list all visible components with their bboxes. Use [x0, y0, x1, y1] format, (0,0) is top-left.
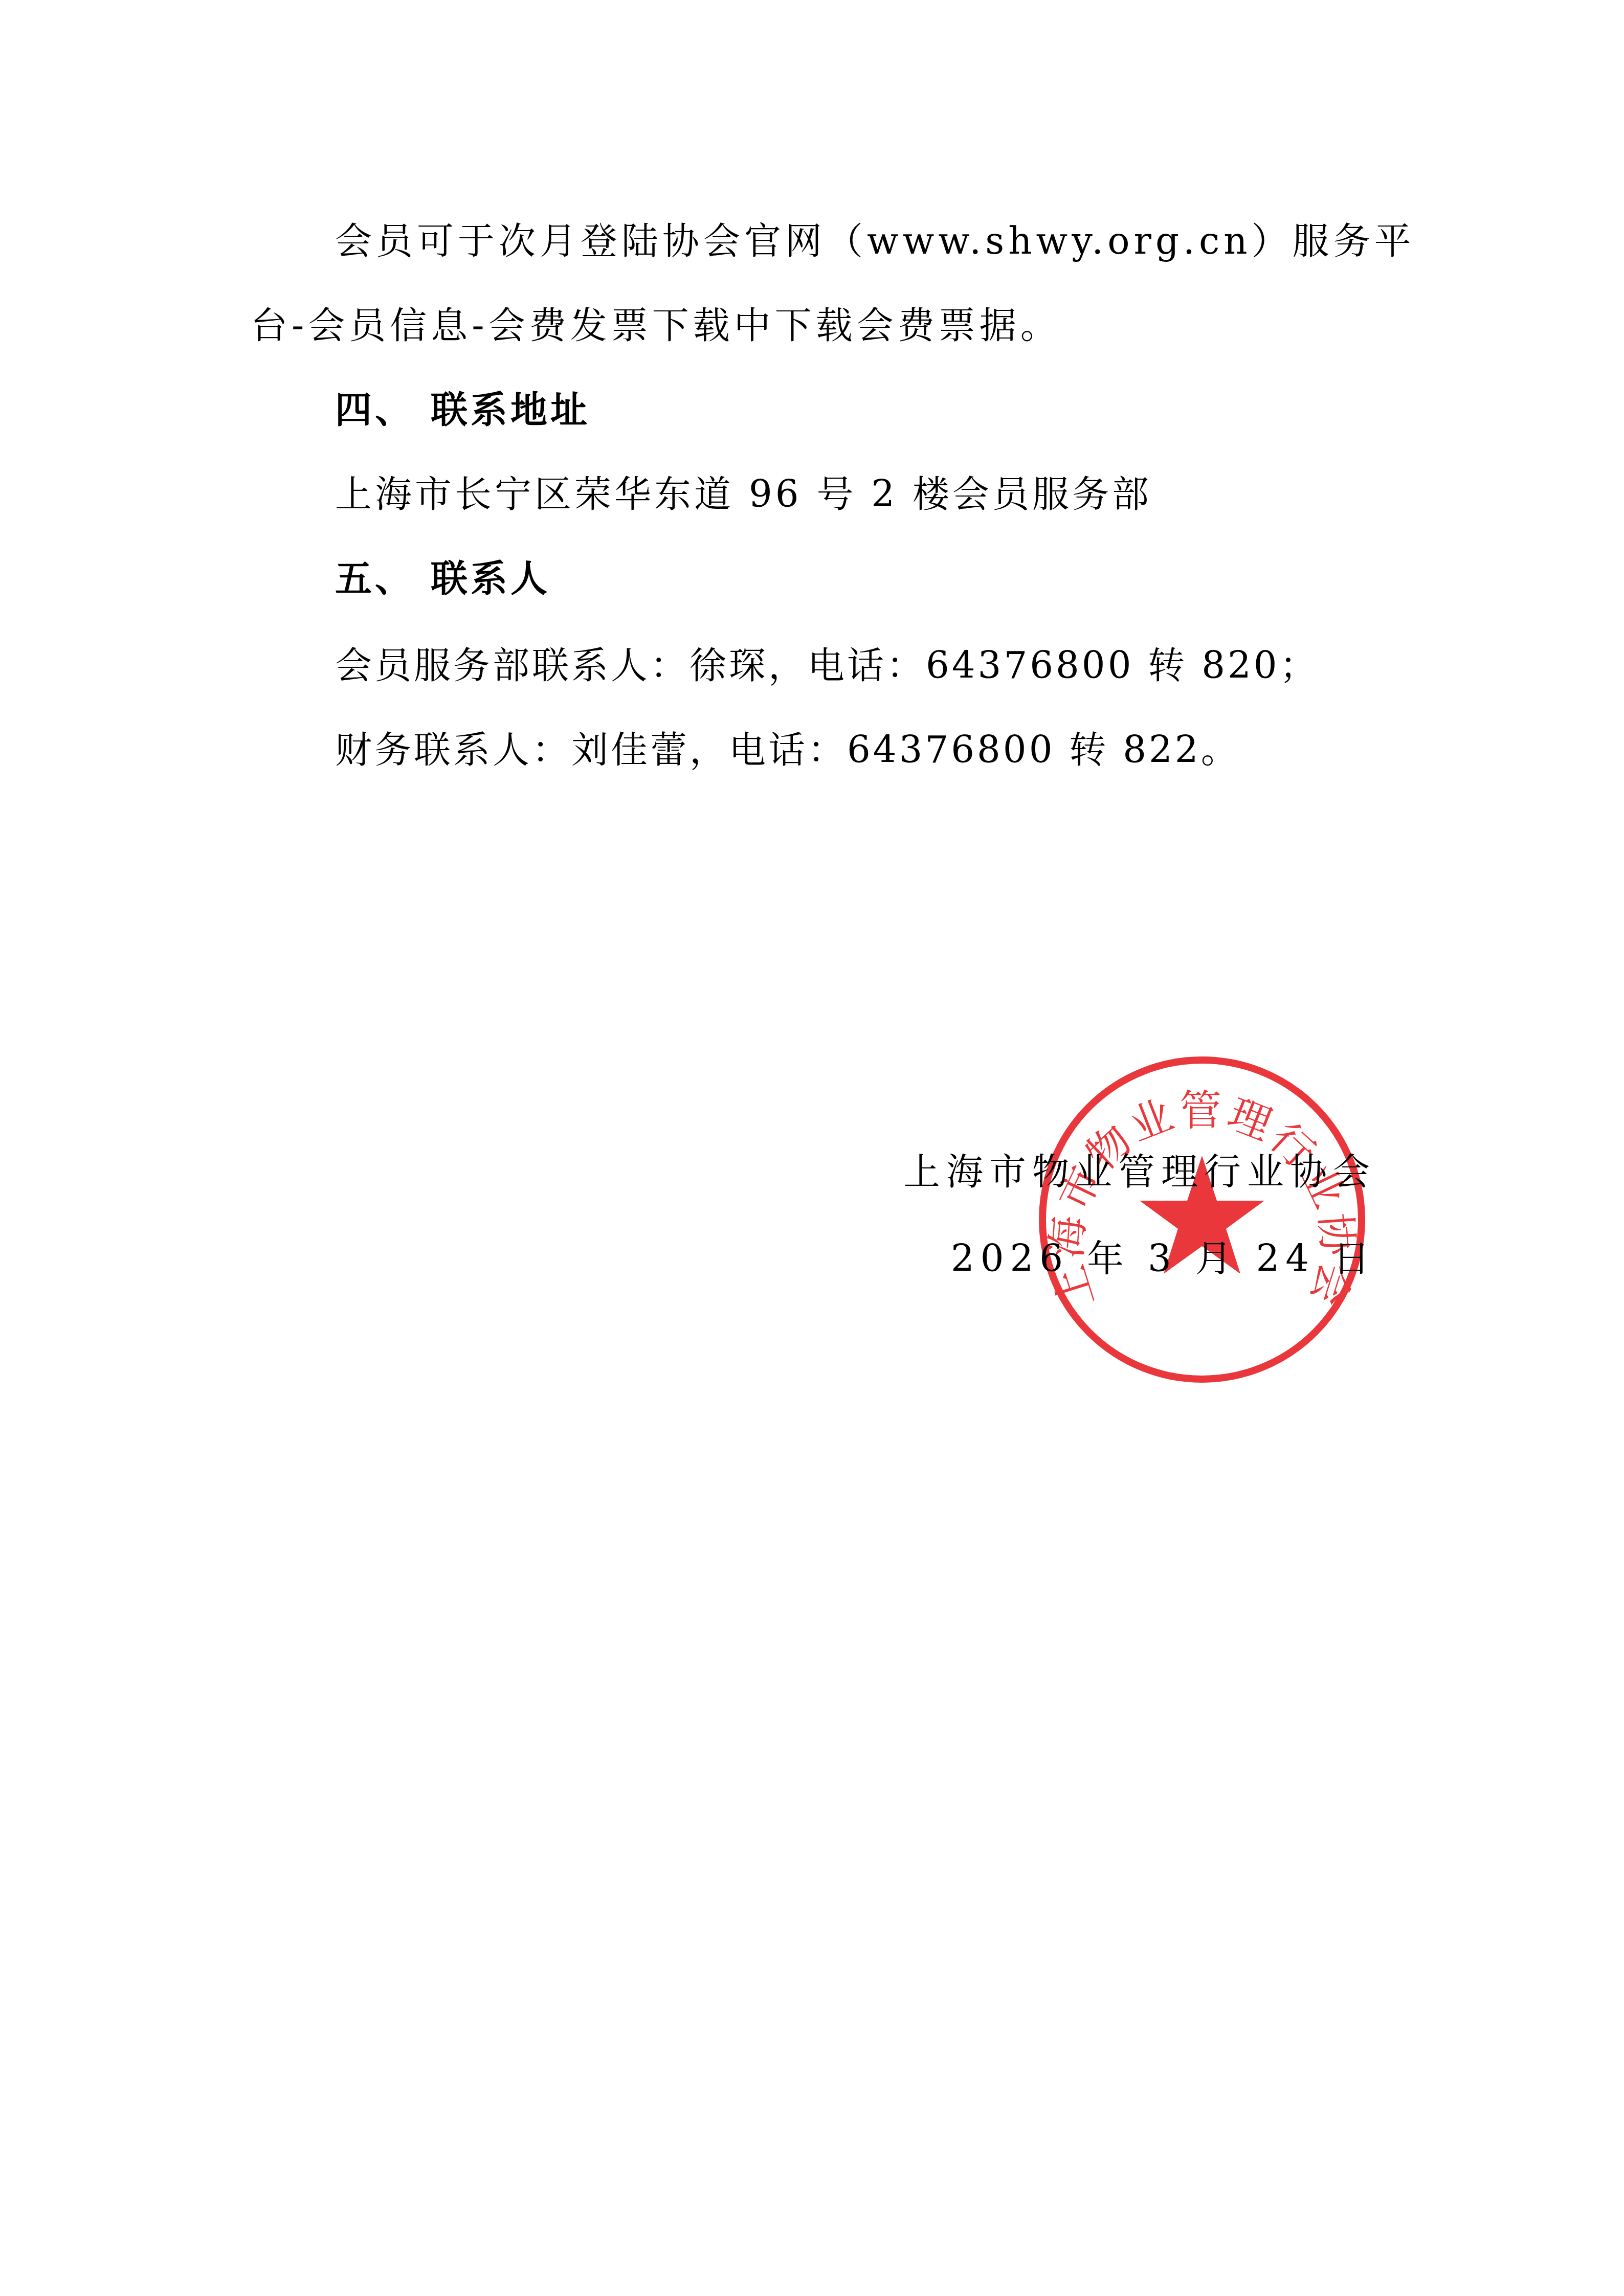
contact-address: 上海市长宁区荣华东道 96 号 2 楼会员服务部 — [335, 476, 1152, 512]
official-seal-icon: 上海市物业管理行业协会 — [1036, 1053, 1368, 1386]
contact-finance: 财务联系人：刘佳蕾，电话：64376800 转 822。 — [335, 731, 1240, 768]
signature-organization: 上海市物业管理行业协会 — [903, 1153, 1376, 1190]
contact-member-service: 会员服务部联系人：徐琛，电话：64376800 转 820； — [335, 647, 1319, 684]
section-heading-address: 四、 联系地址 — [335, 391, 590, 428]
signature-date: 2026 年 3 月 24 日 — [951, 1240, 1376, 1277]
invoice-paragraph-line-1: 会员可于次月登陆协会官网（www.shwy.org.cn）服务平 — [335, 222, 1415, 259]
invoice-paragraph-line-2: 台-会员信息-会费发票下载中下载会费票据。 — [251, 307, 1061, 344]
section-heading-contacts: 五、 联系人 — [335, 560, 550, 597]
